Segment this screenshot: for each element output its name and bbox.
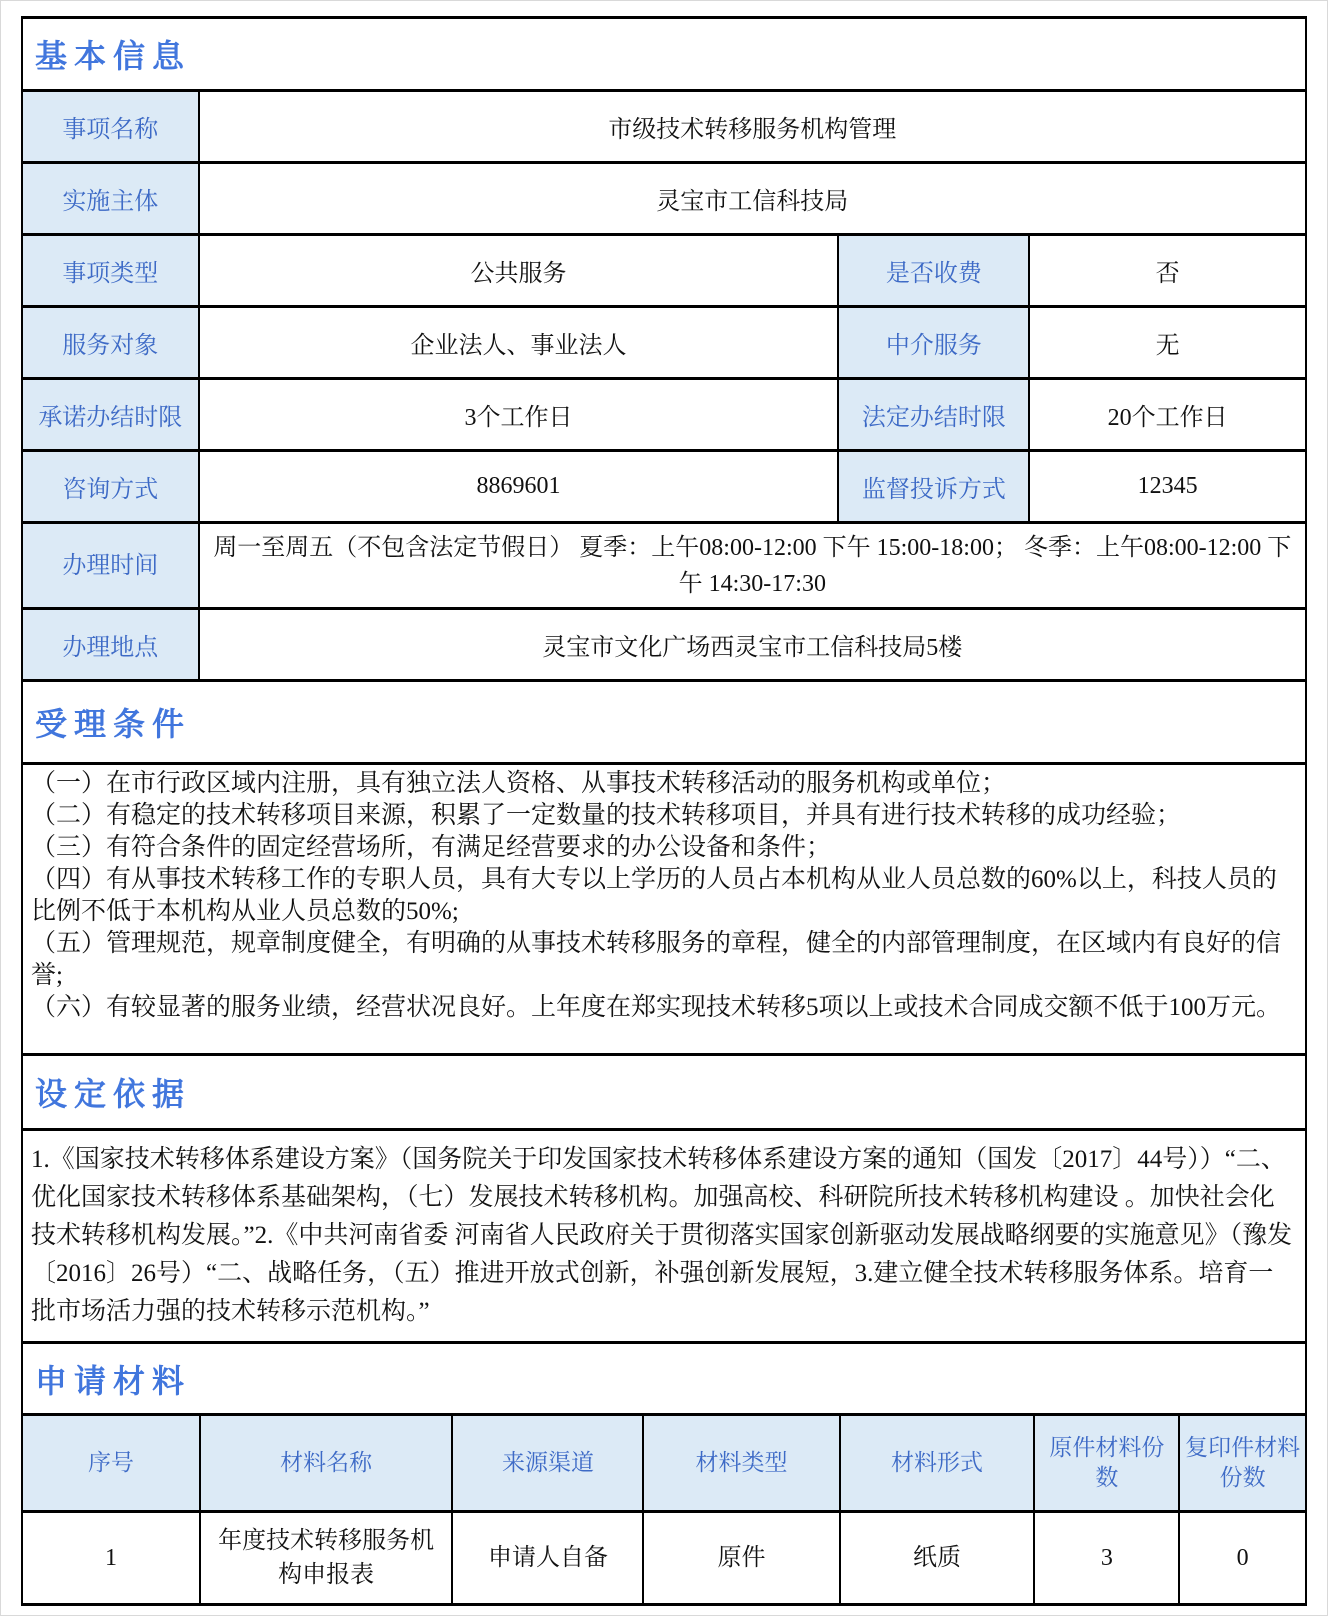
- section-title-acceptance-conditions: 受理条件: [23, 679, 1305, 765]
- value-service-target: 企业法人、事业法人: [199, 307, 839, 379]
- cell-photocopy-copies: 0: [1179, 1512, 1305, 1604]
- value-consult-phone: 8869601: [199, 451, 839, 523]
- condition-item-4: （四）有从事技术转移工作的专职人员，具有大专以上学历的人员占本机构从业人员总数的…: [31, 864, 1297, 928]
- materials-header-row: 序号 材料名称 来源渠道 材料类型 材料形式 原件材料份数 复印件材料份数: [23, 1416, 1305, 1512]
- label-implementer: 实施主体: [23, 163, 199, 235]
- section-title-basic-info: 基本信息: [23, 19, 1305, 92]
- table-row-item-name: 事项名称 市级技术转移服务机构管理: [23, 92, 1305, 163]
- header-material-name: 材料名称: [200, 1416, 453, 1512]
- header-serial-number: 序号: [23, 1416, 200, 1512]
- label-item-name: 事项名称: [23, 92, 199, 163]
- header-source-channel: 来源渠道: [452, 1416, 643, 1512]
- label-consult-phone: 咨询方式: [23, 451, 199, 523]
- label-complaint-phone: 监督投诉方式: [838, 451, 1029, 523]
- document-page: 基本信息 事项名称 市级技术转移服务机构管理 实施主体 灵宝市工信科技局 事项类…: [0, 0, 1328, 1616]
- value-fee-required: 否: [1029, 235, 1305, 307]
- value-complaint-phone: 12345: [1029, 451, 1305, 523]
- section-title-setting-basis: 设定依据: [23, 1053, 1305, 1131]
- table-row-contact: 咨询方式 8869601 监督投诉方式 12345: [23, 451, 1305, 523]
- value-legal-deadline: 20个工作日: [1029, 379, 1305, 451]
- condition-item-6: （六）有较显著的服务业绩，经营状况良好。上年度在郑实现技术转移5项以上或技术合同…: [31, 992, 1297, 1024]
- label-fee-required: 是否收费: [838, 235, 1029, 307]
- document-frame: 基本信息 事项名称 市级技术转移服务机构管理 实施主体 灵宝市工信科技局 事项类…: [21, 16, 1307, 1606]
- table-row-implementer: 实施主体 灵宝市工信科技局: [23, 163, 1305, 235]
- condition-item-5: （五）管理规范，规章制度健全，有明确的从事技术转移服务的章程，健全的内部管理制度…: [31, 928, 1297, 992]
- label-promised-deadline: 承诺办结时限: [23, 379, 199, 451]
- cell-material-name: 年度技术转移服务机构申报表: [200, 1512, 453, 1604]
- value-intermediary-service: 无: [1029, 307, 1305, 379]
- application-materials-table: 序号 材料名称 来源渠道 材料类型 材料形式 原件材料份数 复印件材料份数 1 …: [23, 1416, 1305, 1603]
- cell-material-type: 原件: [643, 1512, 839, 1604]
- cell-original-copies: 3: [1034, 1512, 1179, 1604]
- label-legal-deadline: 法定办结时限: [838, 379, 1029, 451]
- label-intermediary-service: 中介服务: [838, 307, 1029, 379]
- value-implementer: 灵宝市工信科技局: [199, 163, 1305, 235]
- value-item-name: 市级技术转移服务机构管理: [199, 92, 1305, 163]
- value-item-type: 公共服务: [199, 235, 839, 307]
- setting-basis-text: 1.《国家技术转移体系建设方案》（国务院关于印发国家技术转移体系建设方案的通知（…: [23, 1131, 1305, 1341]
- condition-item-1: （一）在市行政区域内注册，具有独立法人资格、从事技术转移活动的服务机构或单位；: [31, 768, 1297, 800]
- label-service-target: 服务对象: [23, 307, 199, 379]
- table-row-office-hours: 办理时间 周一至周五（不包含法定节假日） 夏季：上午08:00-12:00 下午…: [23, 523, 1305, 609]
- condition-item-2: （二）有稳定的技术转移项目来源，积累了一定数量的技术转移项目，并具有进行技术转移…: [31, 800, 1297, 832]
- materials-data-row: 1 年度技术转移服务机构申报表 申请人自备 原件 纸质 3 0: [23, 1512, 1305, 1604]
- acceptance-conditions-text: （一）在市行政区域内注册，具有独立法人资格、从事技术转移活动的服务机构或单位； …: [23, 765, 1305, 1053]
- cell-source-channel: 申请人自备: [452, 1512, 643, 1604]
- table-row-target-agency: 服务对象 企业法人、事业法人 中介服务 无: [23, 307, 1305, 379]
- condition-item-3: （三）有符合条件的固定经营场所，有满足经营要求的办公设备和条件；: [31, 832, 1297, 864]
- table-row-office-location: 办理地点 灵宝市文化广场西灵宝市工信科技局5楼: [23, 609, 1305, 680]
- cell-serial-number: 1: [23, 1512, 200, 1604]
- section-title-application-materials: 申请材料: [23, 1341, 1305, 1416]
- basic-info-table: 事项名称 市级技术转移服务机构管理 实施主体 灵宝市工信科技局 事项类型 公共服…: [23, 92, 1305, 679]
- setting-basis-paragraph: 1.《国家技术转移体系建设方案》（国务院关于印发国家技术转移体系建设方案的通知（…: [31, 1141, 1297, 1331]
- label-item-type: 事项类型: [23, 235, 199, 307]
- value-office-location: 灵宝市文化广场西灵宝市工信科技局5楼: [199, 609, 1305, 680]
- label-office-location: 办理地点: [23, 609, 199, 680]
- table-row-type-fee: 事项类型 公共服务 是否收费 否: [23, 235, 1305, 307]
- label-office-hours: 办理时间: [23, 523, 199, 609]
- header-photocopy-copies: 复印件材料份数: [1179, 1416, 1305, 1512]
- value-promised-deadline: 3个工作日: [199, 379, 839, 451]
- header-material-form: 材料形式: [840, 1416, 1035, 1512]
- cell-material-form: 纸质: [840, 1512, 1035, 1604]
- value-office-hours: 周一至周五（不包含法定节假日） 夏季：上午08:00-12:00 下午 15:0…: [199, 523, 1305, 609]
- table-row-deadlines: 承诺办结时限 3个工作日 法定办结时限 20个工作日: [23, 379, 1305, 451]
- header-original-copies: 原件材料份数: [1034, 1416, 1179, 1512]
- header-material-type: 材料类型: [643, 1416, 839, 1512]
